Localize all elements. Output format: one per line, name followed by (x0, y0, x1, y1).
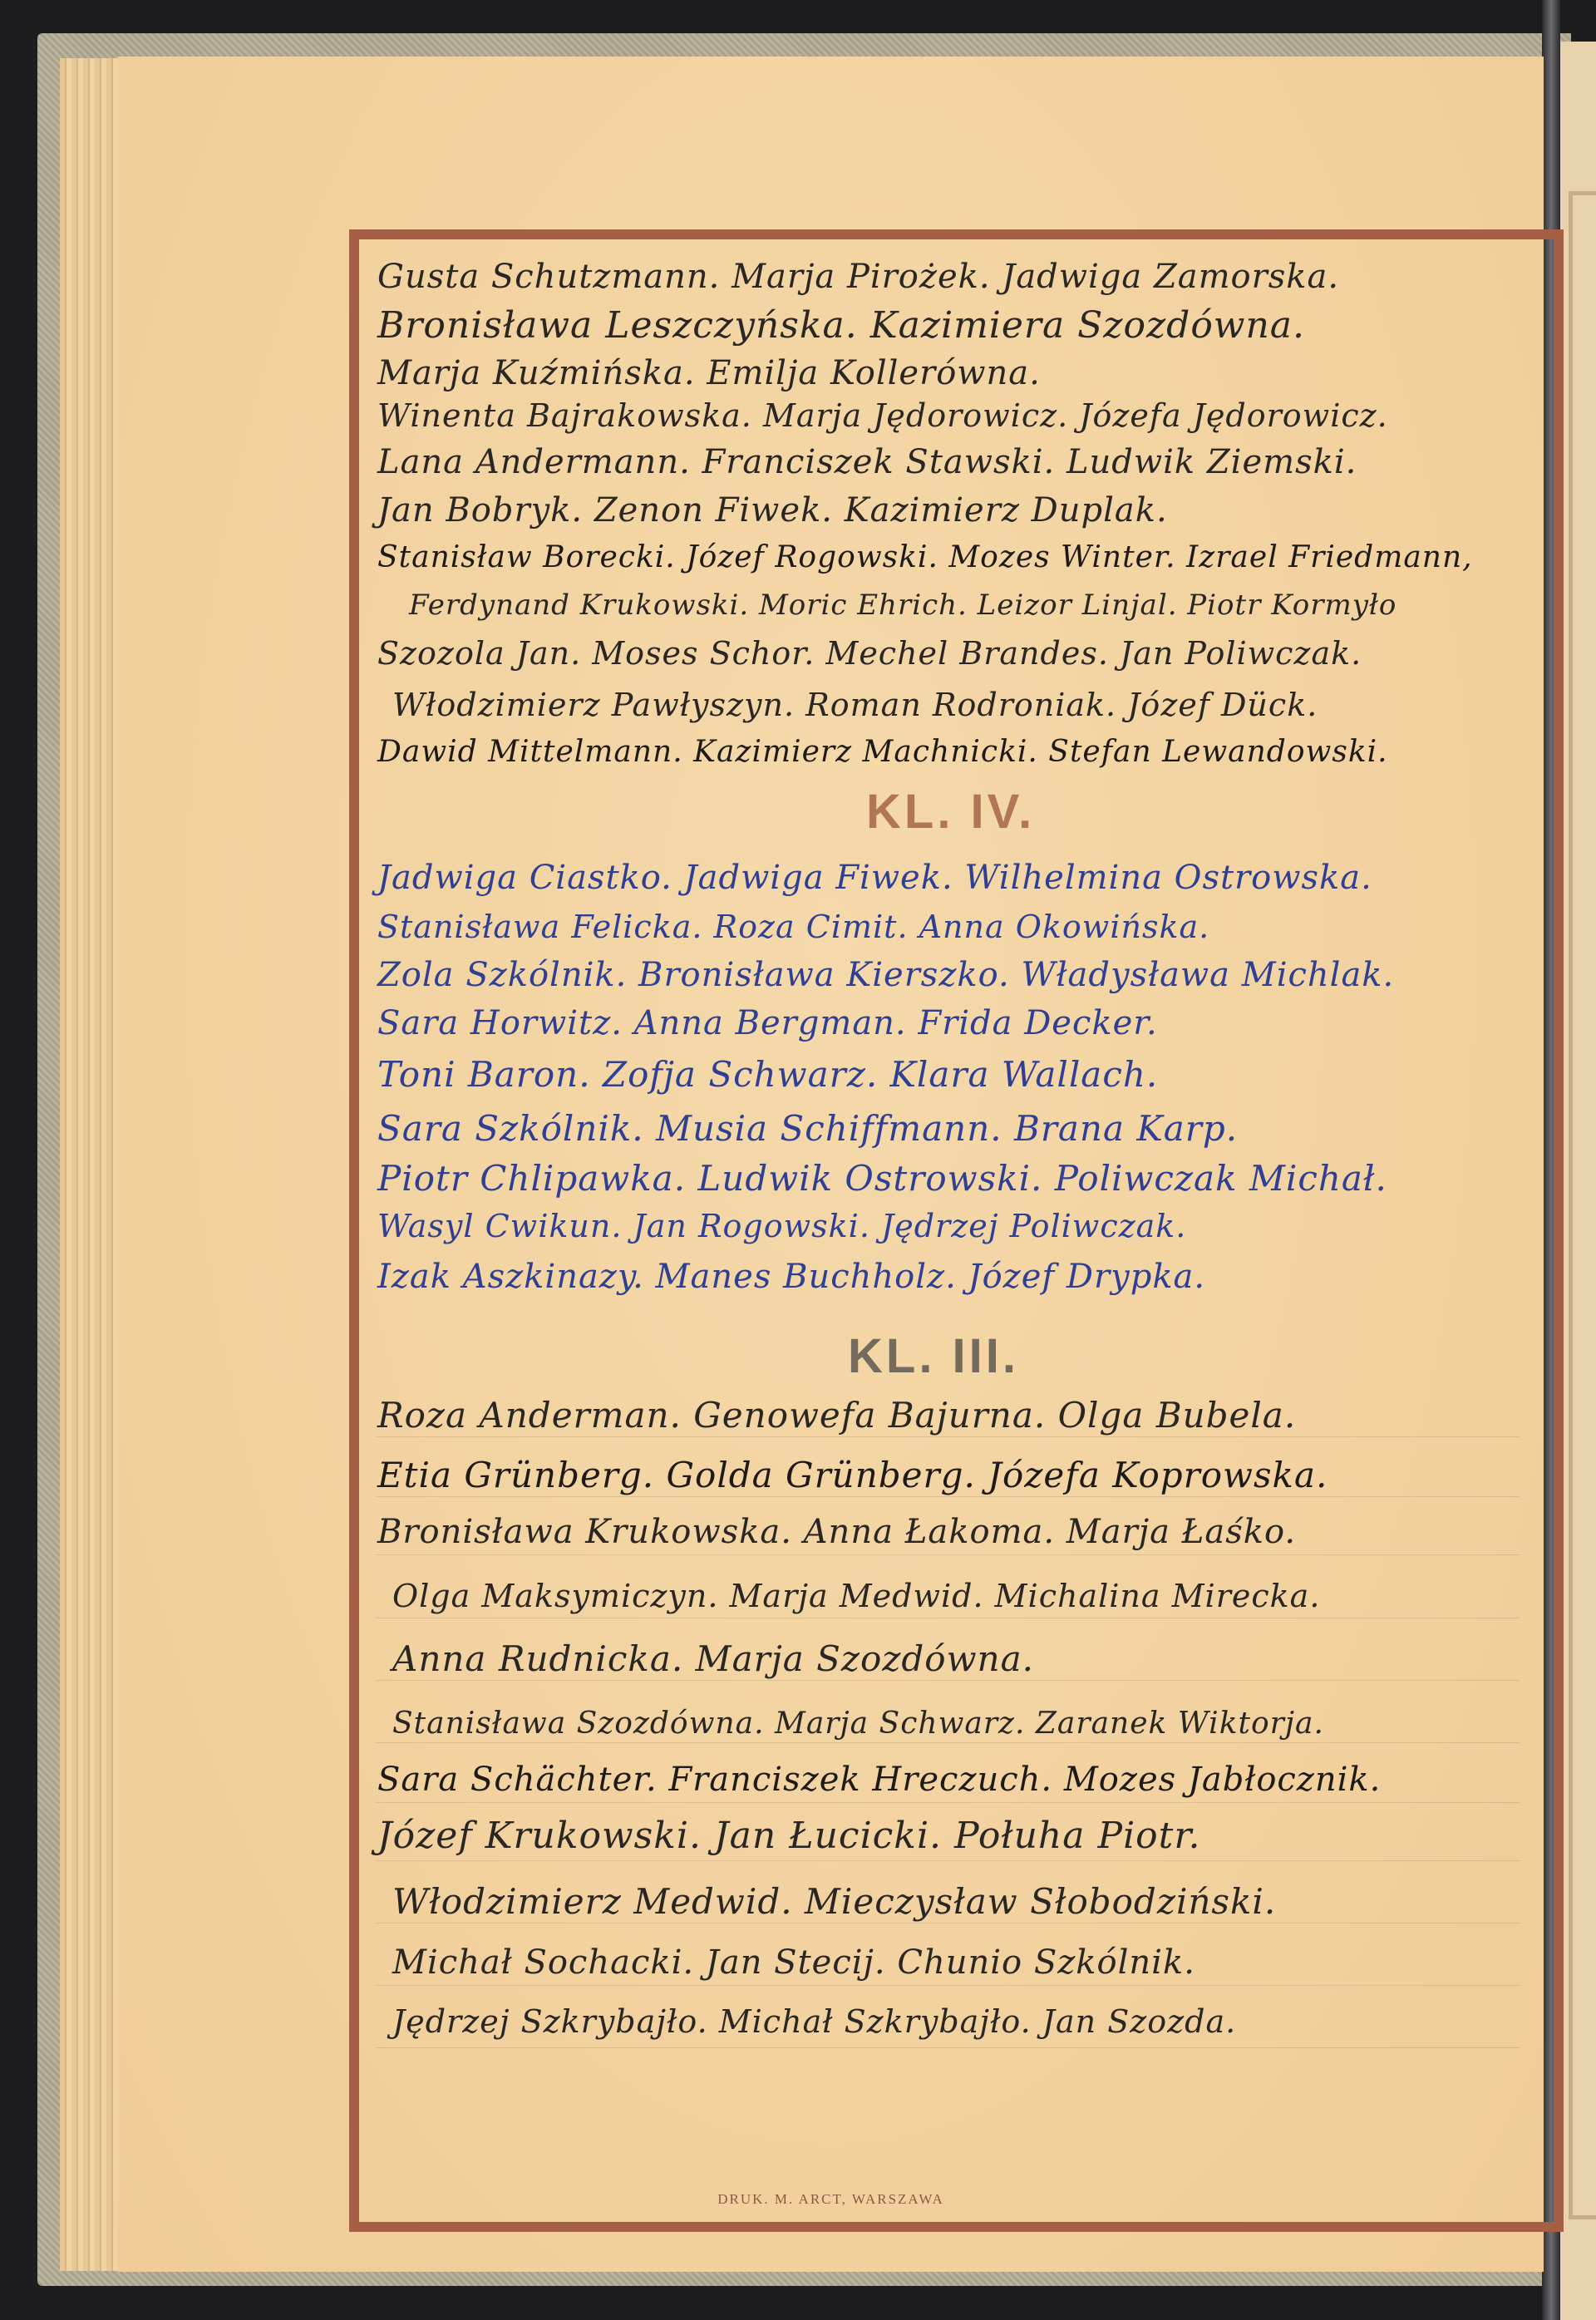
list-row: Jan Bobryk. Zenon Fiwek. Kazimierz Dupla… (377, 491, 1545, 530)
ruled-line (376, 1742, 1520, 1743)
list-row: Jędrzej Szkrybajło. Michał Szkrybajło. J… (392, 2003, 1545, 2040)
list-row: Anna Rudnicka. Marja Szozdówna. (392, 1638, 1545, 1679)
list-row: Stanisław Borecki. Józef Rogowski. Mozes… (377, 540, 1545, 574)
ruled-line (376, 1554, 1520, 1555)
list-row: Bronisława Krukowska. Anna Łakoma. Marja… (377, 1513, 1545, 1551)
list-row: Włodzimierz Medwid. Mieczysław Słobodziń… (392, 1881, 1545, 1922)
list-row: Piotr Chlipawka. Ludwik Ostrowski. Poliw… (377, 1158, 1545, 1199)
list-row: Stanisława Felicka. Roza Cimit. Anna Oko… (377, 909, 1545, 945)
list-row: Sara Schächter. Franciszek Hreczuch. Moz… (377, 1761, 1545, 1799)
list-row: Ferdynand Krukowski. Moric Ehrich. Leizo… (409, 589, 1545, 622)
printer-imprint: DRUK. M. ARCT, WARSZAWA (118, 2191, 1544, 2208)
list-row: Gusta Schutzmann. Marja Pirożek. Jadwiga… (377, 258, 1545, 296)
list-row: Wasyl Cwikun. Jan Rogowski. Jędrzej Poli… (377, 1208, 1545, 1244)
list-row: Sara Horwitz. Anna Bergman. Frida Decker… (377, 1004, 1545, 1042)
ruled-line (376, 1496, 1520, 1497)
list-row: Marja Kuźmińska. Emilja Kollerówna. (377, 354, 1545, 392)
ruled-line (376, 1802, 1520, 1803)
list-row: Szozola Jan. Moses Schor. Mechel Brandes… (377, 635, 1545, 672)
list-row: Sara Szkólnik. Musia Schiffmann. Brana K… (377, 1108, 1545, 1149)
list-row: Zola Szkólnik. Bronisława Kierszko. Wład… (377, 956, 1545, 994)
ruled-line (376, 1985, 1520, 1986)
list-row: Lana Andermann. Franciszek Stawski. Ludw… (377, 443, 1545, 481)
next-page-edge (1560, 42, 1596, 2320)
class-iii-stamp: KL. III. (848, 1328, 1019, 1384)
ruled-line (376, 1618, 1520, 1618)
class-iv-stamp: KL. IV. (866, 784, 1035, 840)
stacked-page-edges (60, 58, 126, 2271)
ruled-line (376, 2047, 1520, 2048)
list-row: Michał Sochacki. Jan Stecij. Chunio Szkó… (392, 1943, 1545, 1982)
list-row: Bronisława Leszczyńska. Kazimiera Szozdó… (377, 304, 1545, 347)
list-row: Włodzimierz Pawłyszyn. Roman Rodroniak. … (392, 687, 1545, 723)
list-row: Toni Baron. Zofja Schwarz. Klara Wallach… (377, 1054, 1545, 1095)
page-border-frame: Gusta Schutzmann. Marja Pirożek. Jadwiga… (349, 229, 1564, 2232)
ruled-line (376, 1860, 1520, 1861)
next-page-frame (1569, 191, 1596, 2219)
list-row: Etia Grünberg. Golda Grünberg. Józefa Ko… (377, 1455, 1545, 1495)
list-row: Józef Krukowski. Jan Łucicki. Połuha Pio… (377, 1815, 1545, 1857)
list-row: Roza Anderman. Genowefa Bajurna. Olga Bu… (377, 1395, 1545, 1436)
list-row: Jadwiga Ciastko. Jadwiga Fiwek. Wilhelmi… (377, 859, 1545, 897)
document-page: Gusta Schutzmann. Marja Pirożek. Jadwiga… (118, 57, 1544, 2272)
ruled-line (376, 1923, 1520, 1923)
list-row: Izak Aszkinazy. Manes Buchholz. Józef Dr… (377, 1258, 1545, 1296)
name-list: Gusta Schutzmann. Marja Pirożek. Jadwiga… (359, 239, 1554, 2222)
list-row: Winenta Bajrakowska. Marja Jędorowicz. J… (377, 397, 1545, 434)
ruled-line (376, 1680, 1520, 1681)
list-row: Olga Maksymiczyn. Marja Medwid. Michalin… (392, 1578, 1545, 1614)
ruled-line (376, 1436, 1520, 1437)
list-row: Stanisława Szozdówna. Marja Schwarz. Zar… (392, 1707, 1545, 1741)
list-row: Dawid Mittelmann. Kazimierz Machnicki. S… (377, 735, 1545, 769)
